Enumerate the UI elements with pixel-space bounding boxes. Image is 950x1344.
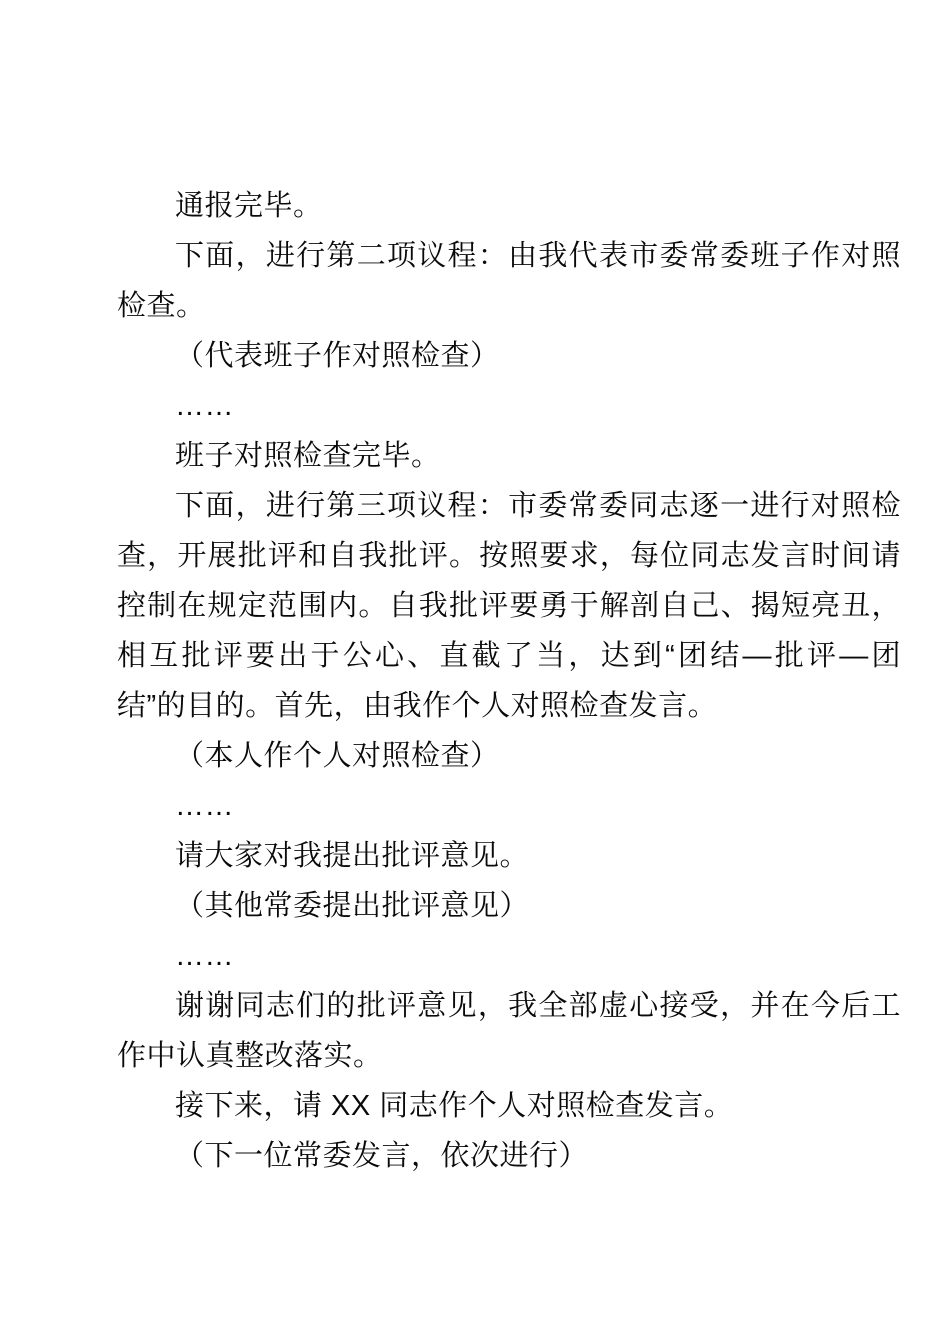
paragraph-stage-direction: （本人作个人对照检查） [117, 731, 901, 781]
document-page: 通报完毕。 下面，进行第二项议程：由我代表市委常委班子作对照检查。 （代表班子作… [0, 0, 950, 1344]
paragraph-ellipsis: …… [117, 781, 901, 831]
paragraph-stage-direction: （其他常委提出批评意见） [117, 881, 901, 931]
paragraph: 谢谢同志们的批评意见，我全部虚心接受，并在今后工作中认真整改落实。 [117, 981, 901, 1081]
paragraph: 下面，进行第三项议程：市委常委同志逐一进行对照检查，开展批评和自我批评。按照要求… [117, 481, 901, 731]
paragraph-stage-direction: （下一位常委发言，依次进行） [117, 1131, 901, 1181]
paragraph-stage-direction: （代表班子作对照检查） [117, 331, 901, 381]
paragraph: 接下来，请 XX 同志作个人对照检查发言。 [117, 1081, 901, 1131]
paragraph: 下面，进行第二项议程：由我代表市委常委班子作对照检查。 [117, 231, 901, 331]
paragraph: 通报完毕。 [117, 181, 901, 231]
paragraph: 请大家对我提出批评意见。 [117, 831, 901, 881]
document-text-body: 通报完毕。 下面，进行第二项议程：由我代表市委常委班子作对照检查。 （代表班子作… [117, 181, 901, 1181]
paragraph-ellipsis: …… [117, 381, 901, 431]
paragraph-ellipsis: …… [117, 931, 901, 981]
paragraph: 班子对照检查完毕。 [117, 431, 901, 481]
